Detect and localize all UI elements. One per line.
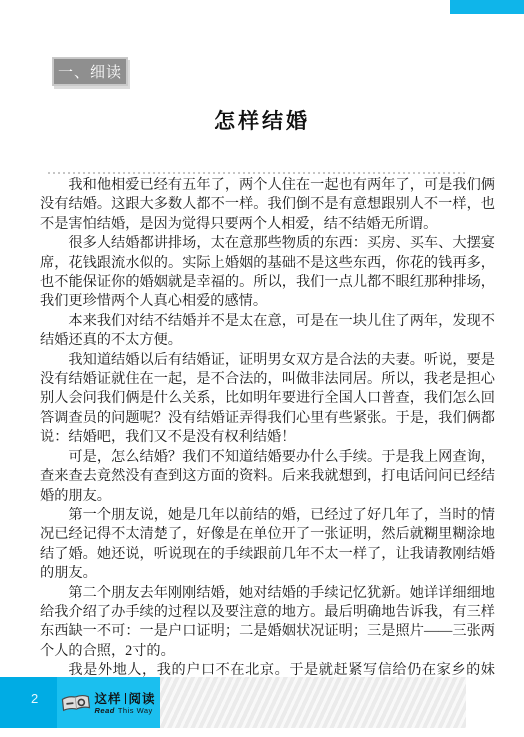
paragraph: 第一个朋友说，她是几年以前结的婚，已经过了好几年了，当时的情况已经记得不太清楚了… bbox=[40, 506, 495, 584]
dotted-separator bbox=[48, 172, 468, 174]
paragraph: 本来我们对结不结婚并不是太在意，可是在一块儿住了两年，发现不结婚还真的不太方便。 bbox=[40, 312, 495, 351]
footer-bar: 2 这样 bbox=[0, 677, 524, 728]
body-text: 我和他相爱已经有五年了，两个人住在一起也有两年了，可是我们俩没有结婚。这跟大多数… bbox=[40, 176, 495, 700]
series-logo-block: 这样 阅读 ReadThis Way bbox=[57, 677, 160, 728]
logo-cn-right: 阅读 bbox=[129, 693, 156, 706]
paragraph: 我知道结婚以后有结婚证，证明男女双方是合法的夫妻。听说，要是没有结婚证就住在一起… bbox=[40, 351, 495, 448]
footer-end-spacer bbox=[466, 677, 524, 728]
textbook-page: 一、细读 怎样结婚 我和他相爱已经有五年了，两个人住在一起也有两年了，可是我们俩… bbox=[0, 0, 524, 737]
paragraph: 我和他相爱已经有五年了，两个人住在一起也有两年了，可是我们俩没有结婚。这跟大多数… bbox=[40, 176, 495, 234]
page-number: 2 bbox=[31, 691, 38, 706]
logo-cn-left: 这样 bbox=[94, 693, 121, 706]
open-book-icon bbox=[61, 694, 91, 714]
series-logo-text: 这样 阅读 ReadThis Way bbox=[94, 693, 155, 715]
paragraph: 第二个朋友去年刚刚结婚，她对结婚的手续记忆犹新。她详详细细地给我介绍了办手续的过… bbox=[40, 584, 495, 662]
paragraph: 可是，怎么结婚？我们不知道结婚要办什么手续。于是我上网查询，查来查去竟然没有查到… bbox=[40, 448, 495, 506]
page-number-block: 2 bbox=[0, 677, 57, 728]
paragraph: 很多人结婚都讲排场，太在意那些物质的东西：买房、买车、大摆宴席，花钱跟流水似的。… bbox=[40, 234, 495, 312]
logo-en-rest: This Way bbox=[118, 706, 153, 715]
top-right-accent-bar bbox=[450, 0, 524, 14]
logo-divider bbox=[125, 693, 126, 704]
hatch-stripe-decoration bbox=[160, 677, 466, 728]
page-title: 怎样结婚 bbox=[0, 105, 524, 135]
section-label: 一、细读 bbox=[52, 57, 128, 86]
logo-en-bold: Read bbox=[94, 706, 114, 715]
